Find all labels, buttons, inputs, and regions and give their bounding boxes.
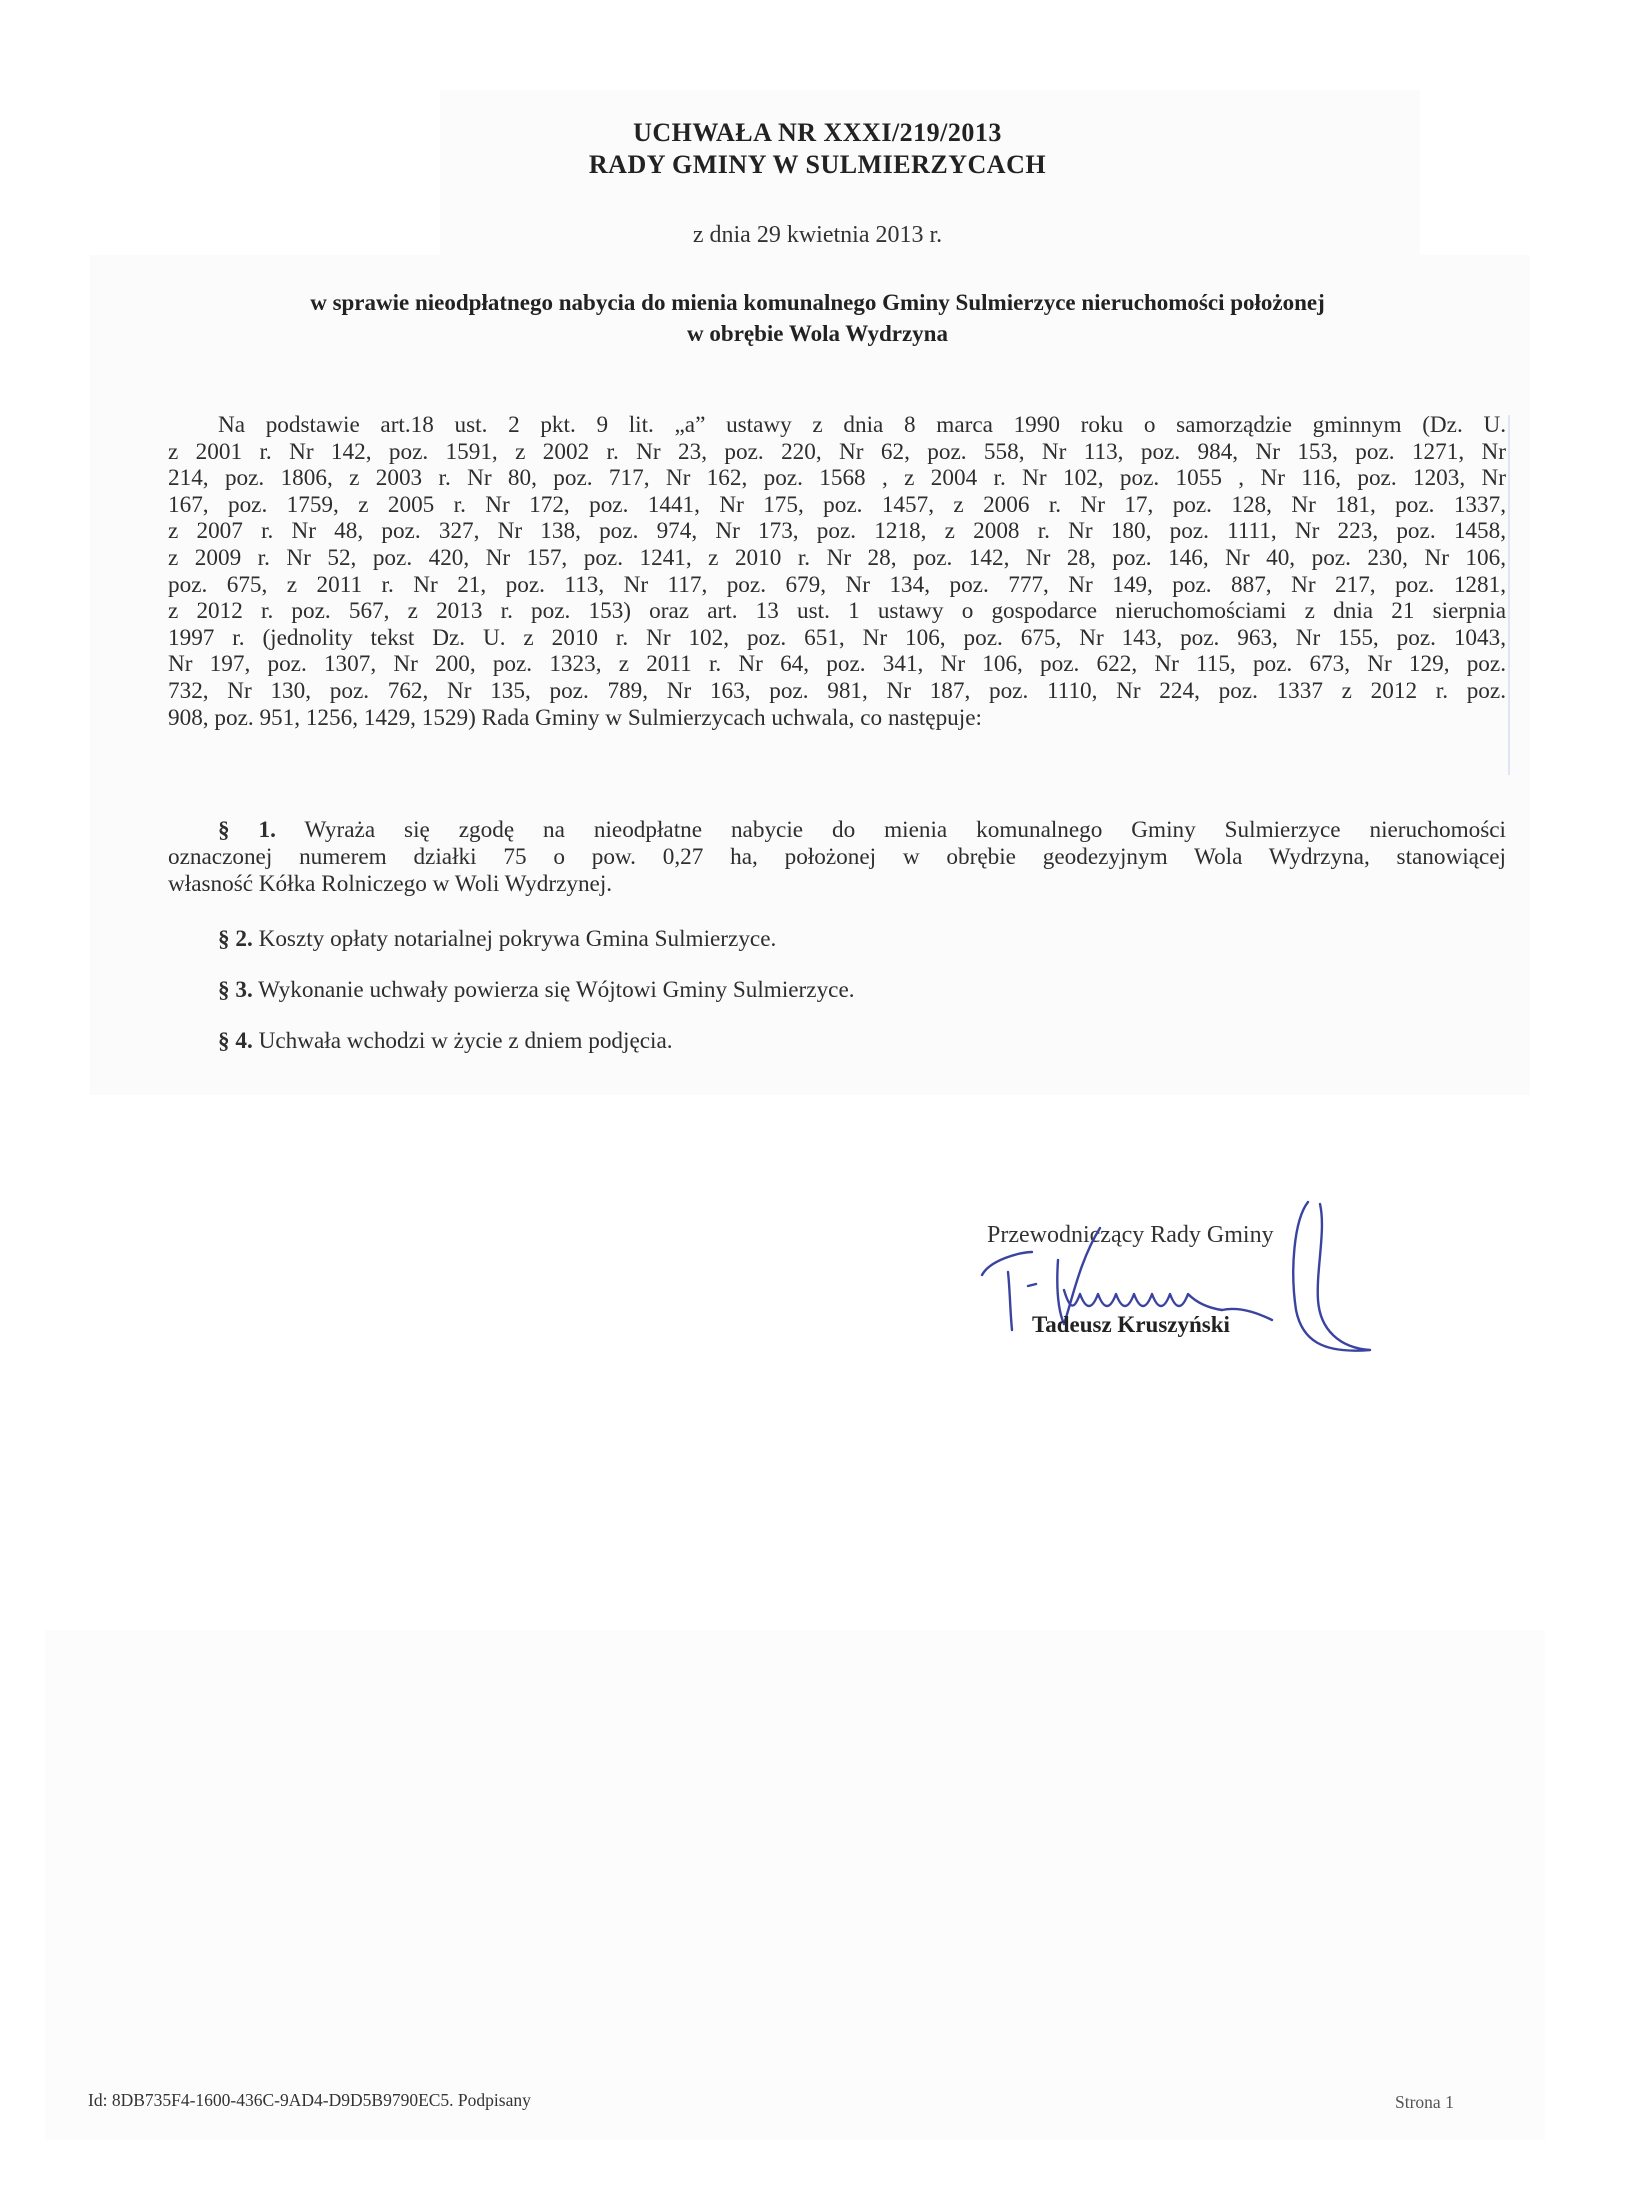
preamble-line: Nr 197, poz. 1307, Nr 200, poz. 1323, z … [168, 651, 1506, 678]
paragraph-4: § 4. Uchwała wchodzi w życie z dniem pod… [168, 1028, 1506, 1055]
paragraph-text: własność Kółka Rolniczego w Woli Wydrzyn… [168, 871, 1506, 898]
preamble-line: 1997 r. (jednolity tekst Dz. U. z 2010 r… [168, 625, 1506, 652]
paragraph-text: oznaczonej numerem działki 75 o pow. 0,2… [168, 844, 1506, 871]
preamble-line: 167, poz. 1759, z 2005 r. Nr 172, poz. 1… [168, 492, 1506, 519]
resolution-subject-cont: w obrębie Wola Wydrzyna [0, 321, 1635, 347]
paragraph-text: Koszty opłaty notarialnej pokrywa Gmina … [259, 926, 777, 952]
resolution-date: z dnia 29 kwietnia 2013 r. [0, 222, 1635, 249]
preamble-line: 908, poz. 951, 1256, 1429, 1529) Rada Gm… [168, 705, 1506, 732]
paragraph-3: § 3. Wykonanie uchwały powierza się Wójt… [168, 977, 1506, 1004]
legal-basis-preamble: Na podstawie art.18 ust. 2 pkt. 9 lit. „… [168, 412, 1506, 731]
preamble-line: 214, poz. 1806, z 2003 r. Nr 80, poz. 71… [168, 465, 1506, 492]
scan-edge-artifact [1508, 415, 1510, 775]
issuing-body: RADY GMINY W SULMIERZYCACH [0, 150, 1635, 180]
preamble-line: z 2001 r. Nr 142, poz. 1591, z 2002 r. N… [168, 439, 1506, 466]
scan-background [45, 1630, 1545, 2140]
signatory-name: Tadeusz Kruszyński [1032, 1312, 1230, 1338]
paragraph-text: Uchwała wchodzi w życie z dniem podjęcia… [259, 1028, 673, 1054]
paragraph-number: § 3. [218, 977, 253, 1003]
resolution-subject: w sprawie nieodpłatnego nabycia do mieni… [0, 290, 1635, 316]
preamble-line: z 2007 r. Nr 48, poz. 327, Nr 138, poz. … [168, 518, 1506, 545]
page-number: Strona 1 [1395, 2092, 1454, 2113]
paragraph-number: § 2. [218, 926, 253, 952]
paragraph-1: § 1. Wyraża się zgodę na nieodpłatne nab… [168, 817, 1506, 898]
paragraph-text: Wyraża się zgodę na nieodpłatne nabycie … [304, 817, 1506, 843]
document-id: Id: 8DB735F4-1600-436C-9AD4-D9D5B9790EC5… [88, 2090, 531, 2111]
paragraph-2: § 2. Koszty opłaty notarialnej pokrywa G… [168, 926, 1506, 953]
preamble-line: Na podstawie art.18 ust. 2 pkt. 9 lit. „… [168, 412, 1506, 439]
preamble-line: z 2009 r. Nr 52, poz. 420, Nr 157, poz. … [168, 545, 1506, 572]
preamble-line: poz. 675, z 2011 r. Nr 21, poz. 113, Nr … [168, 572, 1506, 599]
resolution-number: UCHWAŁA NR XXXI/219/2013 [0, 118, 1635, 148]
paragraph-number: § 4. [218, 1028, 253, 1054]
preamble-line: 732, Nr 130, poz. 762, Nr 135, poz. 789,… [168, 678, 1506, 705]
handwritten-signature-icon [960, 1190, 1440, 1370]
paragraph-text: Wykonanie uchwały powierza się Wójtowi G… [258, 977, 854, 1003]
preamble-line: z 2012 r. poz. 567, z 2013 r. poz. 153) … [168, 598, 1506, 625]
paragraph-number: § 1. [218, 817, 276, 843]
